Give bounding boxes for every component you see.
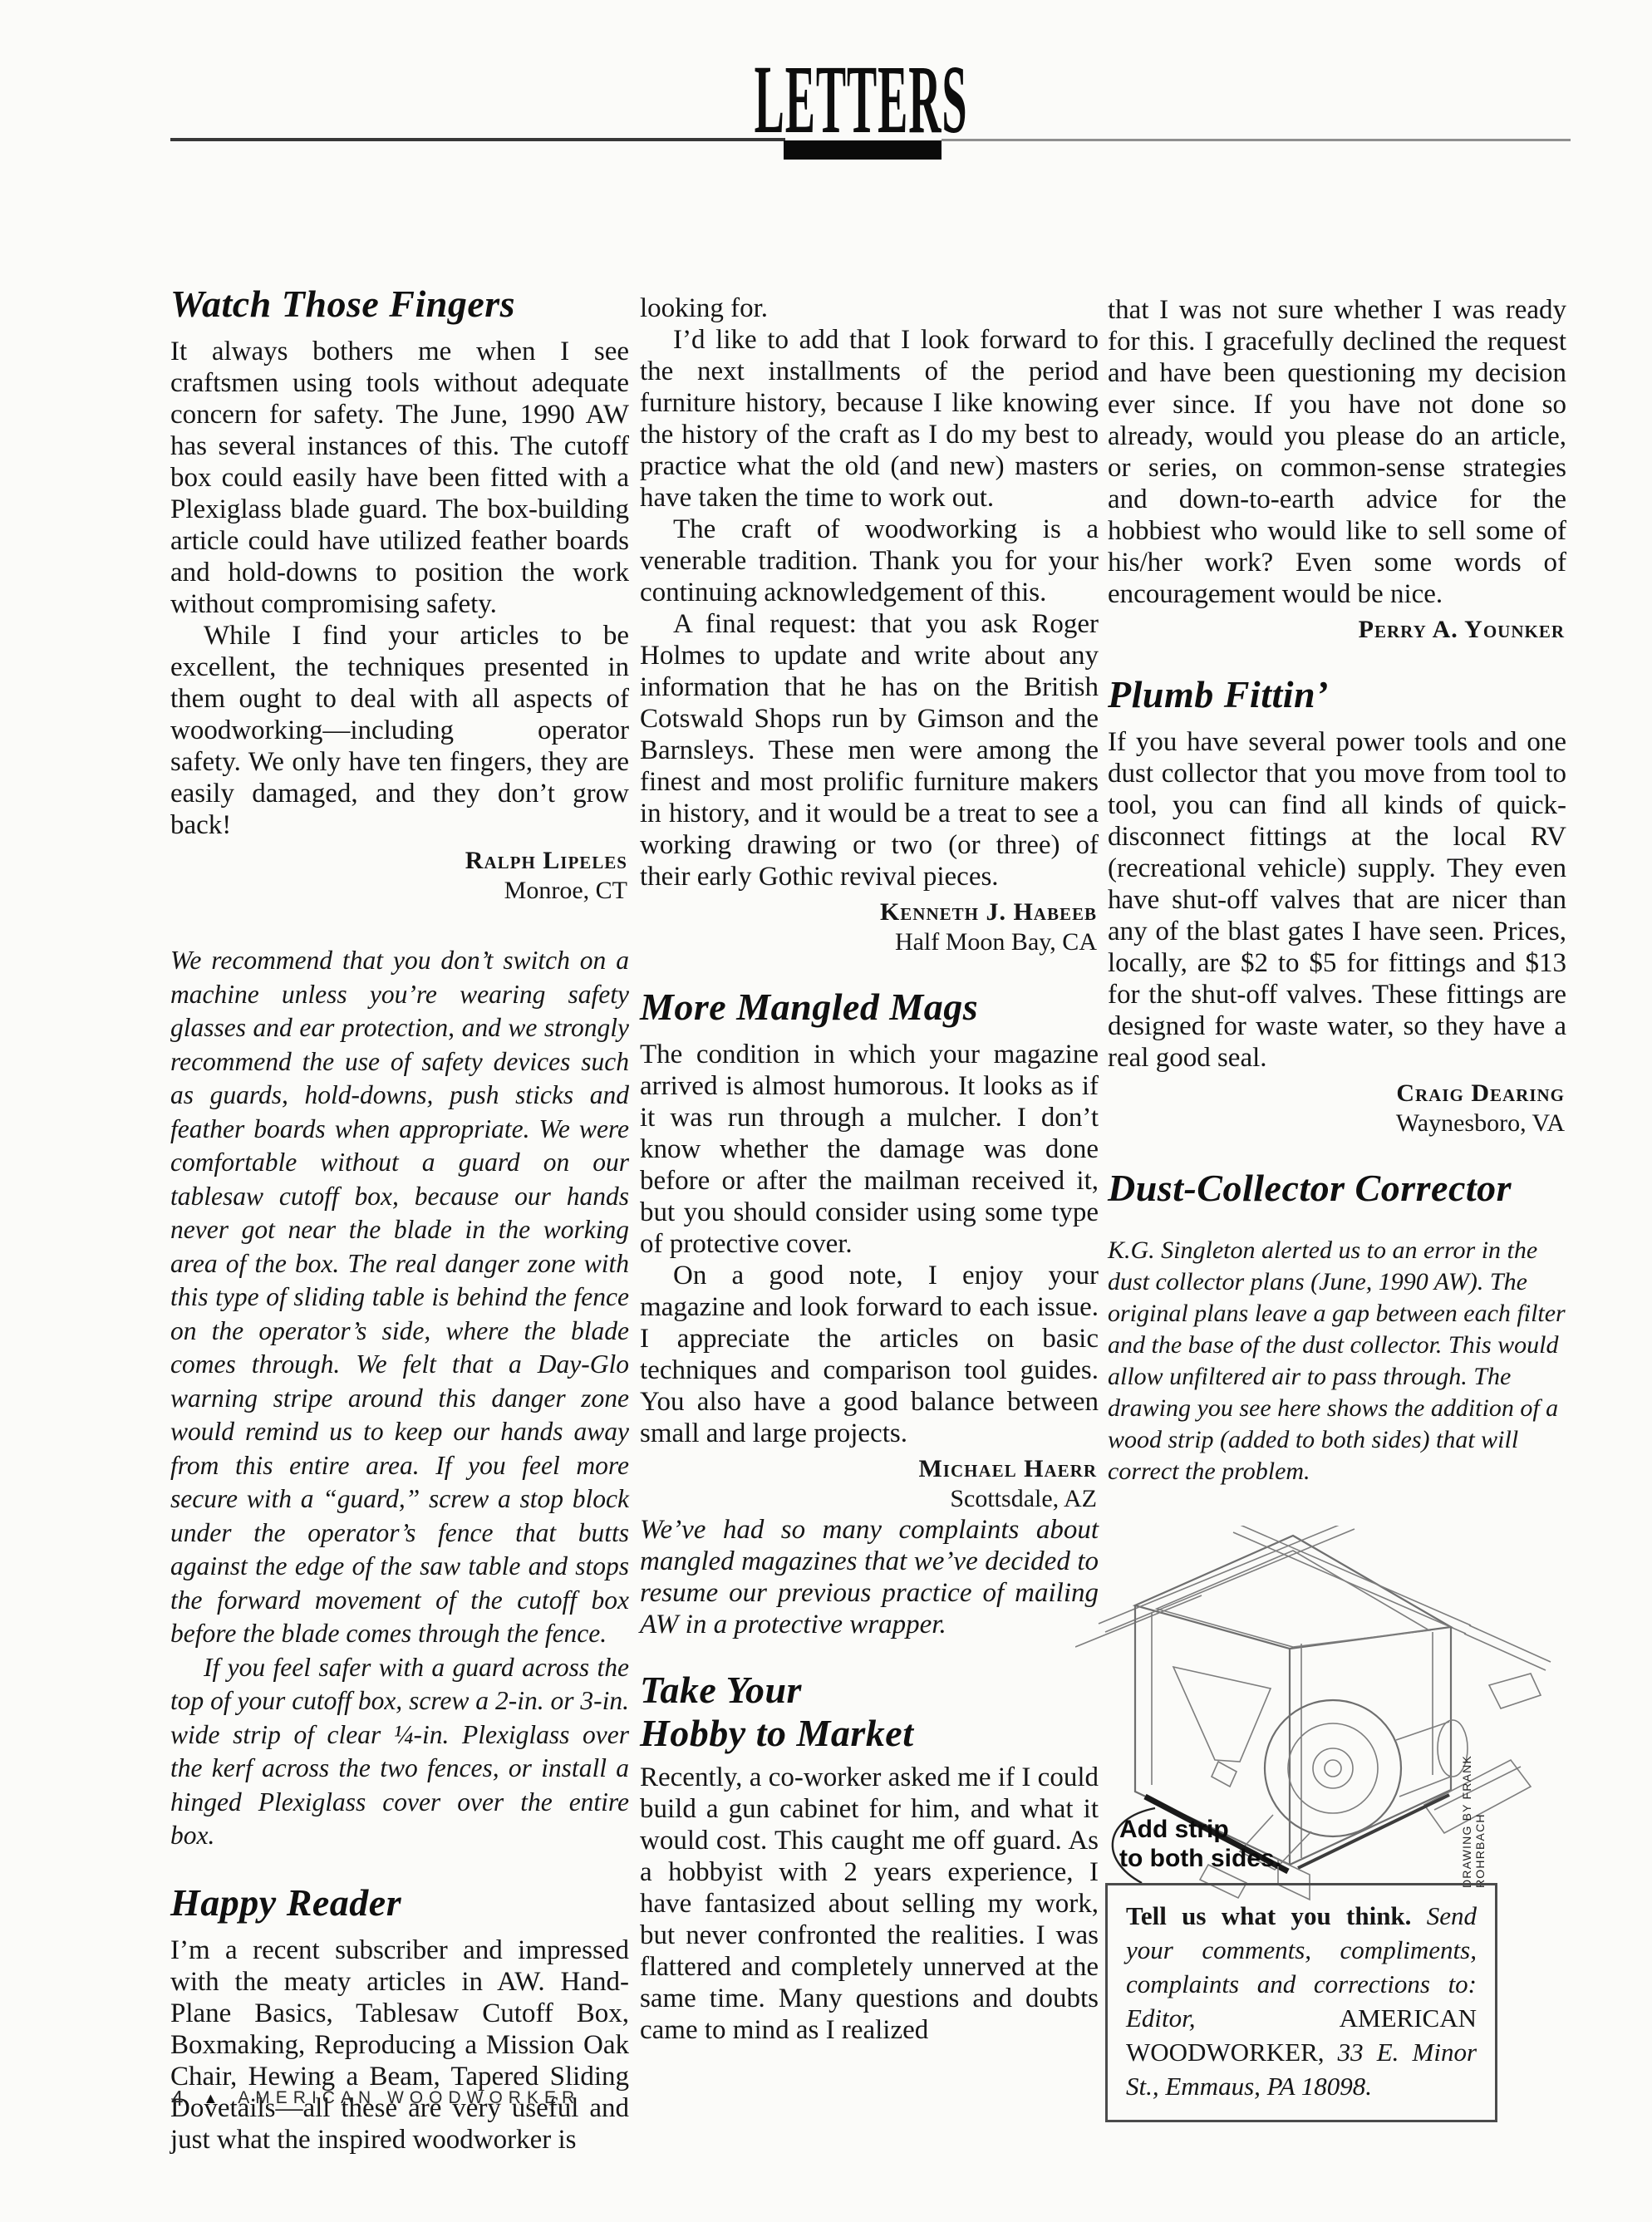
signature-location: Waynesboro, VA (1108, 1109, 1565, 1138)
signature-block: Kenneth J. Habeeb Half Moon Bay, CA (640, 897, 1097, 957)
letter-heading-take-your-hobby: Take Your Hobby to Market (640, 1669, 1099, 1755)
editor-reply-paragraph: We recommend that you don’t switch on a … (170, 944, 629, 1651)
page-title: LETTERS (629, 58, 1093, 141)
feedback-box: Tell us what you think. Send your commen… (1105, 1883, 1497, 2122)
magazine-letters-page: LETTERS Watch Those Fingers It always bo… (0, 0, 1652, 2222)
column-1: Watch Those Fingers It always bothers me… (170, 283, 629, 2156)
magazine-name: AMERICAN WOODWORKER (238, 2088, 580, 2108)
column-3: that I was not sure whether I was ready … (1108, 294, 1566, 1512)
page-title-text: LETTERS (755, 58, 968, 141)
heading-line: Take Your (640, 1669, 802, 1711)
signature-name: Kenneth J. Habeeb (640, 897, 1097, 927)
letter-heading-happy-reader: Happy Reader (170, 1881, 629, 1925)
signature-location: Monroe, CT (170, 876, 627, 906)
letter-paragraph: I’d like to add that I look forward to t… (640, 324, 1099, 514)
letter-heading-more-mangled-mags: More Mangled Mags (640, 986, 1099, 1029)
letter-paragraph: A final request: that you ask Roger Holm… (640, 608, 1099, 892)
signature-block: Perry A. Younker (1108, 615, 1565, 645)
masthead-rule-left (170, 138, 785, 141)
feedback-box-lead: Tell us what you think. (1126, 1901, 1411, 1930)
signature-location: Half Moon Bay, CA (640, 927, 1097, 957)
footer-triangle-icon: ▲ (203, 2091, 218, 2106)
letter-heading-dust-collector-corrector: Dust-Collector Corrector (1108, 1167, 1566, 1210)
column-2: looking for. I’d like to add that I look… (640, 292, 1099, 2046)
letter-paragraph: On a good note, I enjoy your magazine an… (640, 1260, 1099, 1449)
editor-reply: We recommend that you don’t switch on a … (170, 944, 629, 1853)
signature-block: Ralph Lipeles Monroe, CT (170, 846, 627, 906)
letter-continuation: looking for. (640, 292, 1099, 324)
masthead-black-bar (784, 140, 942, 160)
letter-paragraph: While I find your articles to be excelle… (170, 620, 629, 841)
signature-name: Michael Haerr (640, 1454, 1097, 1484)
letter-continuation: that I was not sure whether I was ready … (1108, 294, 1566, 610)
letter-paragraph: The condition in which your magazine arr… (640, 1039, 1099, 1260)
add-strip-label: Add strip to both sides. (1119, 1815, 1281, 1873)
letter-heading-plumb-fittin: Plumb Fittin’ (1108, 673, 1566, 716)
letter-heading-watch-those-fingers: Watch Those Fingers (170, 283, 629, 326)
masthead-rule-right (942, 139, 1571, 141)
page-footer: 4 ▲ AMERICAN WOODWORKER (171, 2087, 580, 2109)
drawing-credit: DRAWING BY FRANK ROHRBACH (1460, 1680, 1487, 1888)
editor-reply-paragraph: K.G. Singleton alerted us to an error in… (1108, 1235, 1566, 1487)
signature-name: Perry A. Younker (1108, 615, 1565, 645)
signature-name: Ralph Lipeles (170, 846, 627, 876)
heading-line: Hobby to Market (640, 1712, 913, 1754)
letter-paragraph: It always bothers me when I see craftsme… (170, 336, 629, 620)
signature-block: Michael Haerr Scottsdale, AZ (640, 1454, 1097, 1514)
add-strip-label-line: to both sides. (1119, 1844, 1281, 1873)
signature-location: Scottsdale, AZ (640, 1484, 1097, 1514)
add-strip-label-line: Add strip (1119, 1815, 1281, 1844)
signature-name: Craig Dearing (1108, 1079, 1565, 1109)
feedback-box-text: Tell us what you think. Send your commen… (1126, 1899, 1477, 2103)
editor-note: We’ve had so many complaints about mangl… (640, 1514, 1099, 1640)
letter-paragraph: The craft of woodworking is a venerable … (640, 514, 1099, 608)
letter-paragraph: Recently, a co-worker asked me if I coul… (640, 1762, 1099, 2046)
signature-block: Craig Dearing Waynesboro, VA (1108, 1079, 1565, 1138)
page-number: 4 (171, 2087, 183, 2109)
editor-reply-paragraph: If you feel safer with a guard across th… (170, 1651, 629, 1853)
letter-paragraph: I’m a recent subscriber and impressed wi… (170, 1934, 629, 2156)
letter-paragraph: If you have several power tools and one … (1108, 726, 1566, 1074)
